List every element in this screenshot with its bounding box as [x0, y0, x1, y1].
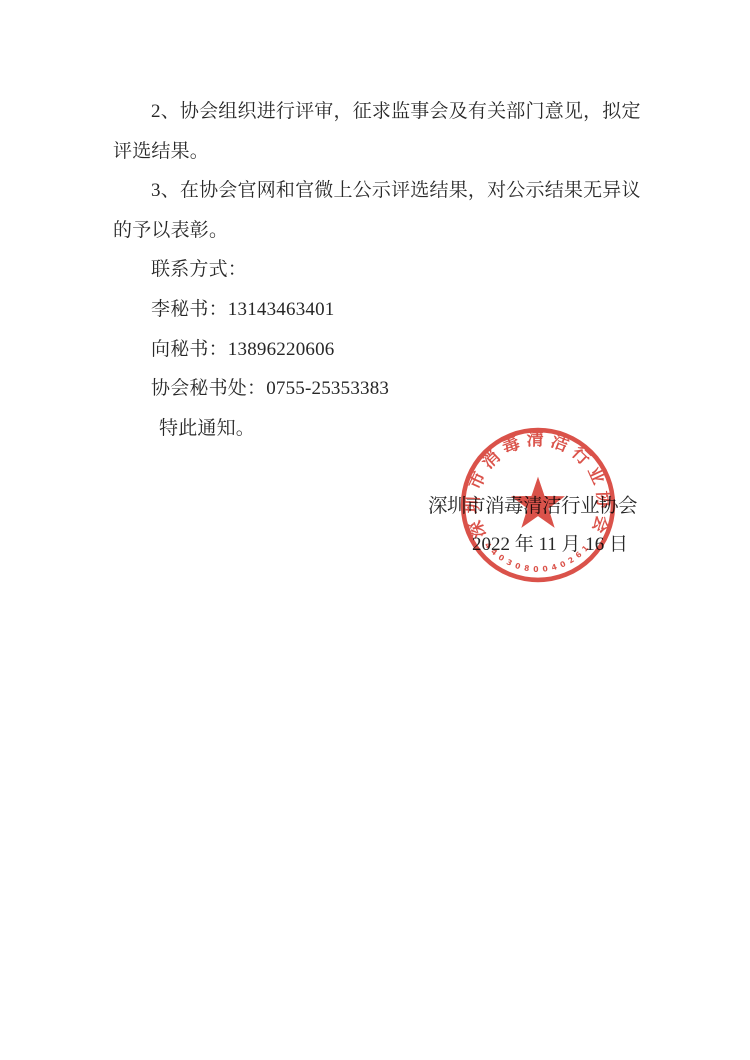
- document-page: 2、协会组织进行评审，征求监事会及有关部门意见，拟定 评选结果。 3、在协会官网…: [0, 0, 750, 1060]
- body-line-contact-secretariat: 协会秘书处：0755-25353383: [113, 369, 643, 409]
- body-line-contact-li: 李秘书：13143463401: [113, 290, 643, 330]
- notice-body: 2、协会组织进行评审，征求监事会及有关部门意见，拟定 评选结果。 3、在协会官网…: [113, 92, 643, 448]
- body-line-review-process: 2、协会组织进行评审，征求监事会及有关部门意见，拟定: [113, 92, 643, 132]
- body-line-publicity-cont: 的予以表彰。: [113, 211, 643, 251]
- official-seal: 深圳市消毒清洁行业协会 4403080040261: [457, 424, 619, 586]
- body-line-contact-xiang: 向秘书：13896220606: [113, 330, 643, 370]
- star-icon: [511, 477, 565, 528]
- body-line-contact-heading: 联系方式：: [113, 250, 643, 290]
- body-line-review-process-cont: 评选结果。: [113, 132, 643, 172]
- body-line-publicity: 3、在协会官网和官微上公示评选结果，对公示结果无异议: [113, 171, 643, 211]
